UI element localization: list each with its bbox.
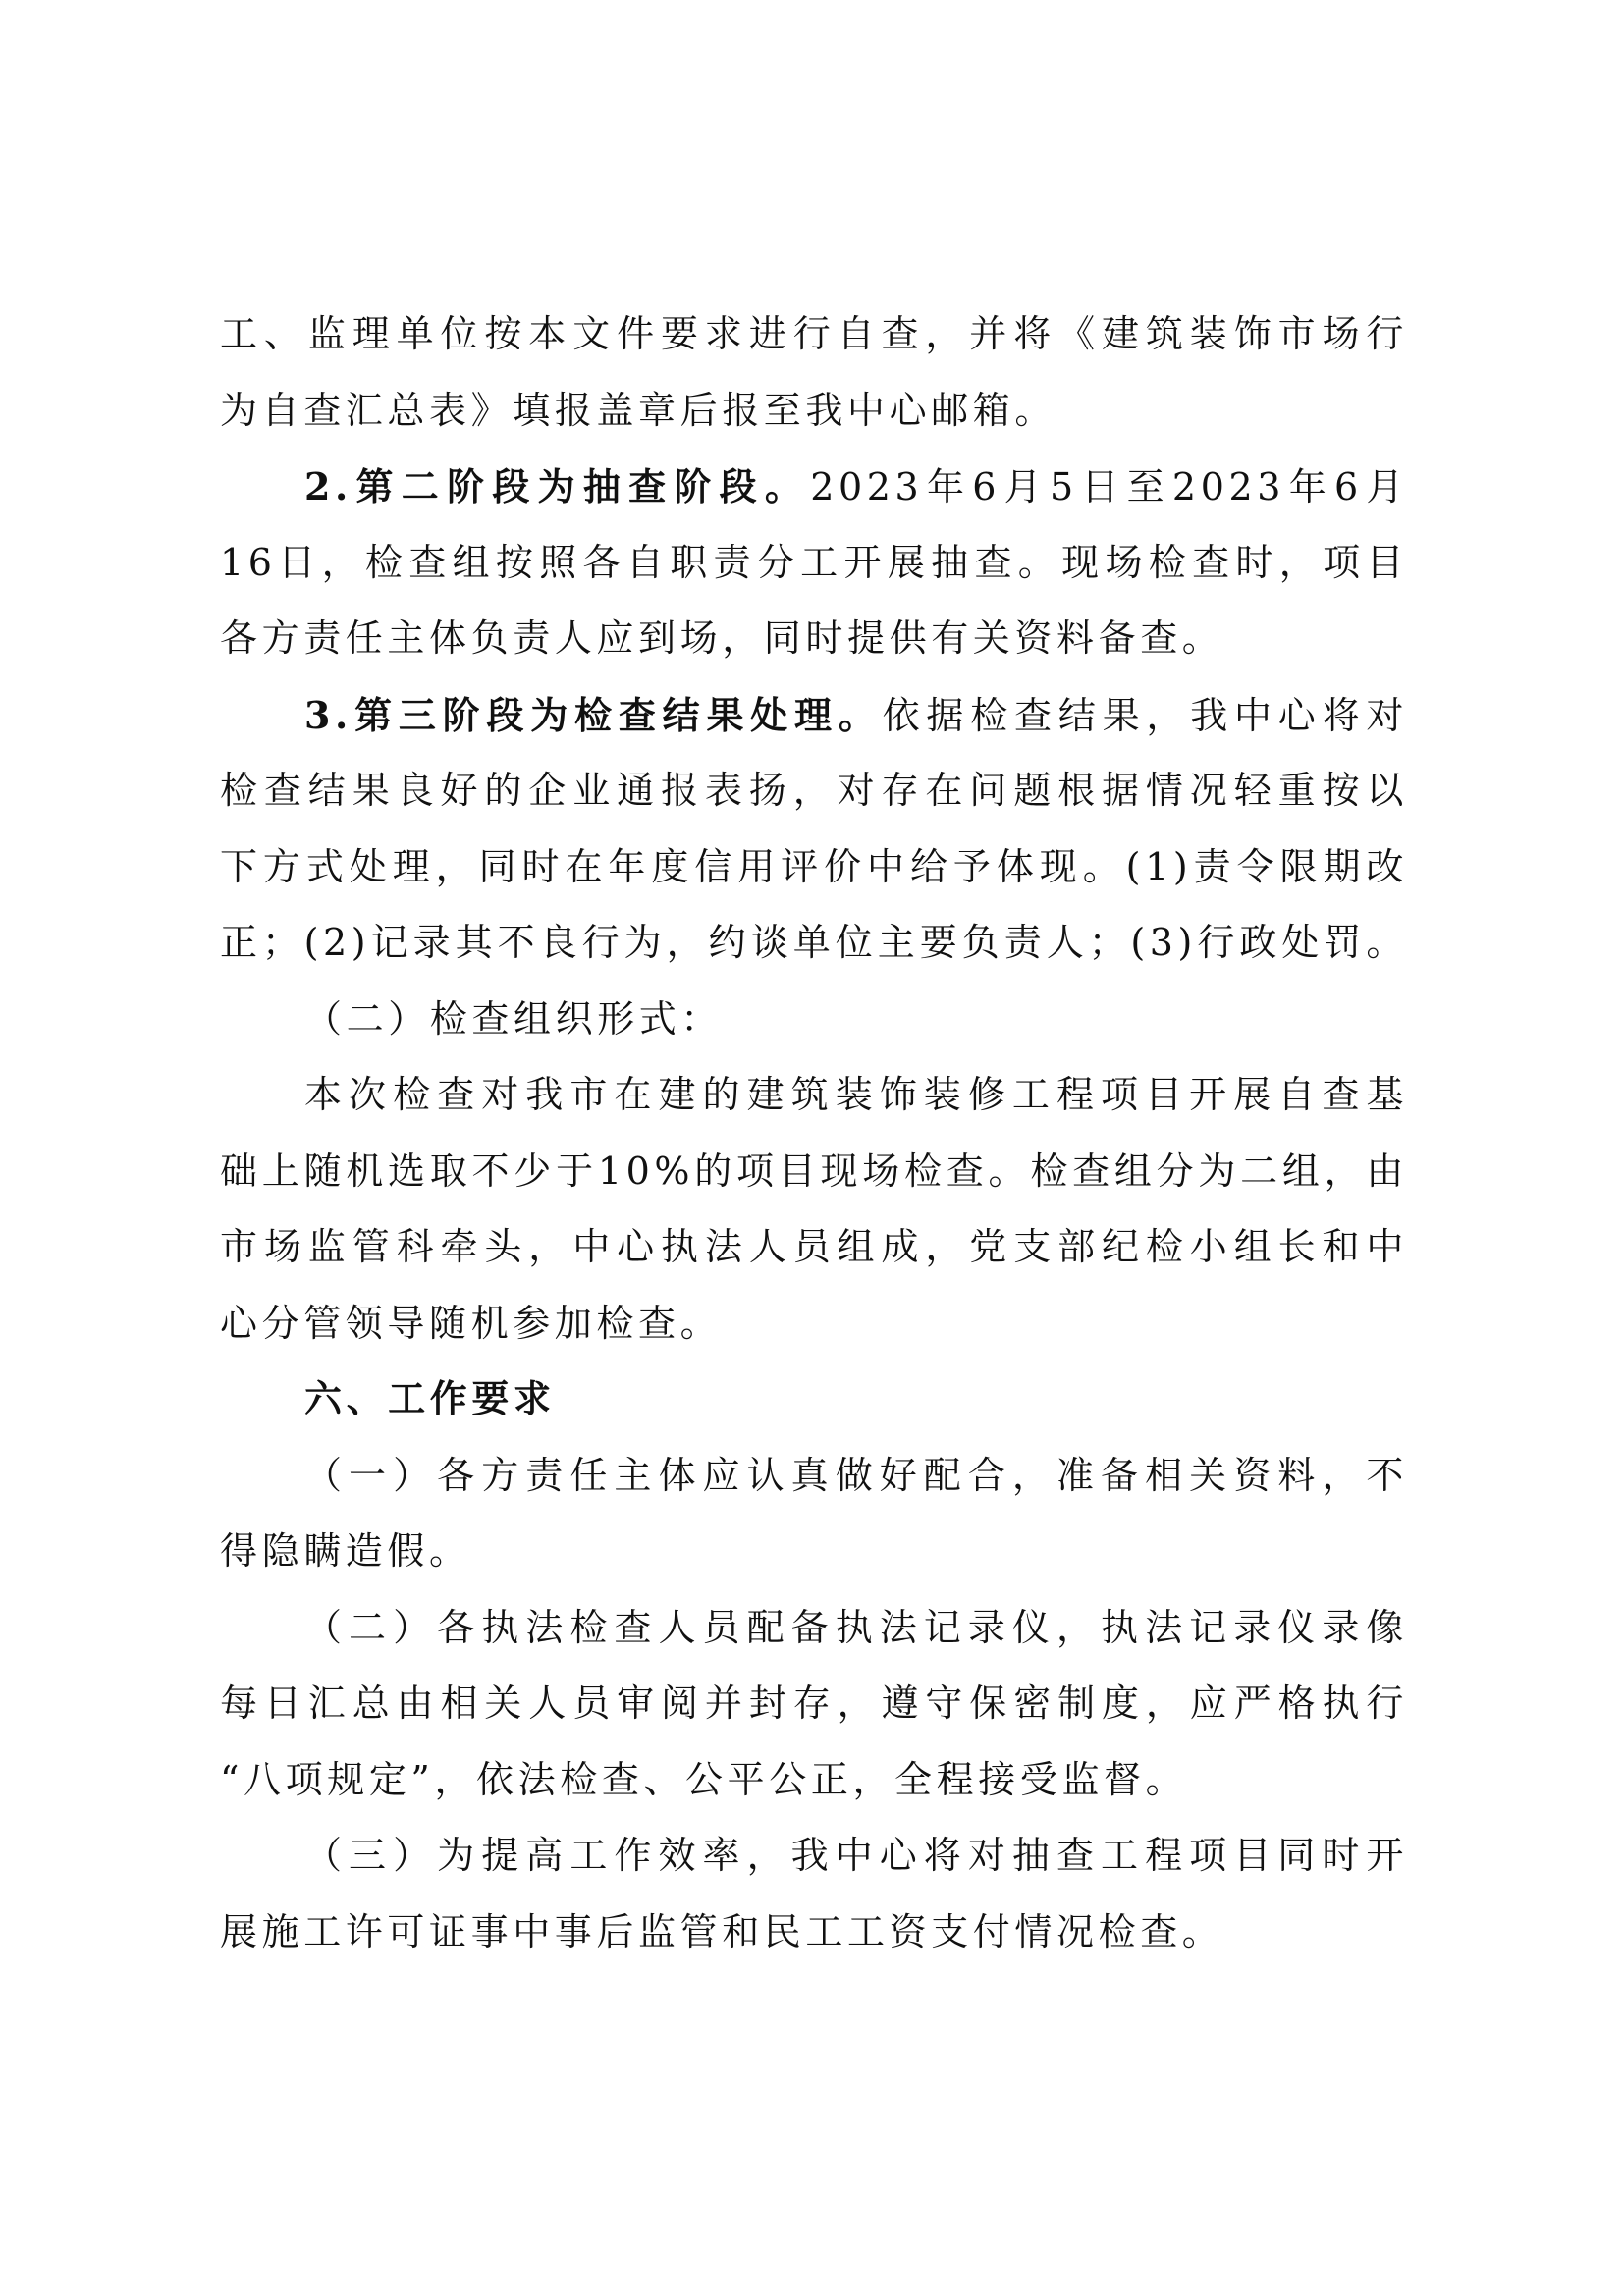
paragraph-line: （二）各执法检查人员配备执法记录仪，执法记录仪录像: [220, 1590, 1408, 1667]
paragraph-line: 本次检查对我市在建的建筑装饰装修工程项目开展自查基: [220, 1057, 1408, 1134]
stage-three-lead: 3.第三阶段为检查结果处理。: [304, 693, 883, 737]
paragraph-line-stage-three: 3.第三阶段为检查结果处理。依据检查结果，我中心将对: [220, 677, 1408, 754]
paragraph-line: 得隐瞒造假。: [220, 1514, 1408, 1590]
document-page: 工、监理单位按本文件要求进行自查，并将《建筑装饰市场行 为自查汇总表》填报盖章后…: [0, 0, 1624, 2296]
paragraph-line: 心分管领导随机参加检查。: [220, 1286, 1408, 1362]
paragraph-line: 市场监管科牵头，中心执法人员组成，党支部纪检小组长和中: [220, 1209, 1408, 1286]
paragraph-line: 展施工许可证事中事后监管和民工工资支付情况检查。: [220, 1895, 1408, 1971]
paragraph-line: 16日，检查组按照各自职责分工开展抽查。现场检查时，项目: [220, 525, 1408, 602]
paragraph-line: 为自查汇总表》填报盖章后报至我中心邮箱。: [220, 373, 1408, 450]
stage-two-dates: 2023年6月5日至2023年6月: [810, 465, 1408, 508]
subheading-organization-form: （二）检查组织形式：: [220, 982, 1408, 1058]
section-heading-work-requirements: 六、工作要求: [220, 1362, 1408, 1438]
paragraph-line: 下方式处理，同时在年度信用评价中给予体现。(1)责令限期改: [220, 829, 1408, 906]
stage-three-text: 依据检查结果，我中心将对: [883, 694, 1408, 737]
document-body: 工、监理单位按本文件要求进行自查，并将《建筑装饰市场行 为自查汇总表》填报盖章后…: [220, 296, 1408, 1970]
paragraph-line: （一）各方责任主体应认真做好配合，准备相关资料，不: [220, 1438, 1408, 1515]
paragraph-line: 础上随机选取不少于10%的项目现场检查。检查组分为二组，由: [220, 1134, 1408, 1210]
paragraph-line: 每日汇总由相关人员审阅并封存，遵守保密制度，应严格执行: [220, 1666, 1408, 1742]
paragraph-line-stage-two: 2.第二阶段为抽查阶段。2023年6月5日至2023年6月: [220, 449, 1408, 525]
paragraph-line: 检查结果良好的企业通报表扬，对存在问题根据情况轻重按以: [220, 753, 1408, 829]
paragraph-line: 各方责任主体负责人应到场，同时提供有关资料备查。: [220, 601, 1408, 677]
paragraph-line: 工、监理单位按本文件要求进行自查，并将《建筑装饰市场行: [220, 296, 1408, 373]
paragraph-line: “八项规定”，依法检查、公平公正，全程接受监督。: [220, 1742, 1408, 1819]
paragraph-line: （三）为提高工作效率，我中心将对抽查工程项目同时开: [220, 1818, 1408, 1895]
stage-two-lead: 2.第二阶段为抽查阶段。: [304, 464, 810, 508]
paragraph-line: 正；(2)记录其不良行为，约谈单位主要负责人；(3)行政处罚。: [220, 905, 1408, 982]
